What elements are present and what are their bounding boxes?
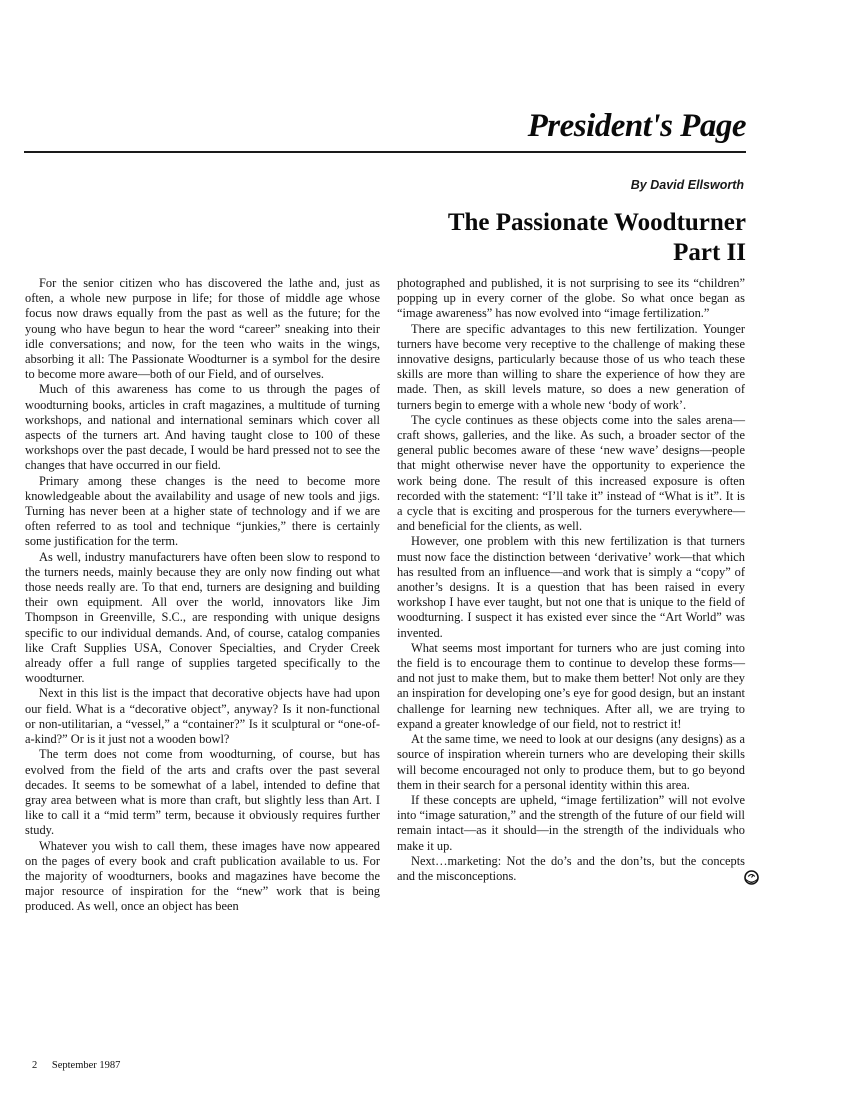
paragraph-continued: photographed and published, it is not su… [397,276,745,322]
paragraph: Much of this awareness has come to us th… [25,382,380,473]
headline-part: Part II [673,239,746,266]
article-headline: The Passionate Woodturner Part II [448,208,746,268]
section-title: President's Page [528,108,746,145]
magazine-page: President's Page By David Ellsworth The … [0,0,850,1100]
paragraph: Primary among these changes is the need … [25,474,380,550]
paragraph: If these concepts are upheld, “image fer… [397,793,745,854]
headline-title: The Passionate Woodturner [448,209,746,236]
paragraph: As well, industry manufacturers have oft… [25,550,380,687]
paragraph: For the senior citizen who has discovere… [25,276,380,382]
paragraph-final: Next…marketing: Not the do’s and the don… [397,854,745,884]
paragraph: However, one problem with this new ferti… [397,534,745,640]
paragraph: At the same time, we need to look at our… [397,732,745,793]
page-number: 2 [32,1060,37,1071]
bowl-logo-end-mark-icon [730,870,745,885]
article-column-right: photographed and published, it is not su… [397,276,745,885]
final-paragraph-text: Next…marketing: Not the do’s and the don… [397,854,745,883]
page-footer: 2 September 1987 [32,1060,120,1071]
byline: By David Ellsworth [631,178,744,192]
article-column-left: For the senior citizen who has discovere… [25,276,380,915]
paragraph: Whatever you wish to call them, these im… [25,839,380,915]
issue-date: September 1987 [52,1060,121,1071]
paragraph: The cycle continues as these objects com… [397,413,745,535]
paragraph: There are specific advantages to this ne… [397,322,745,413]
header-rule [24,151,746,153]
paragraph: Next in this list is the impact that dec… [25,686,380,747]
paragraph: What seems most important for turners wh… [397,641,745,732]
paragraph: The term does not come from woodturning,… [25,747,380,838]
